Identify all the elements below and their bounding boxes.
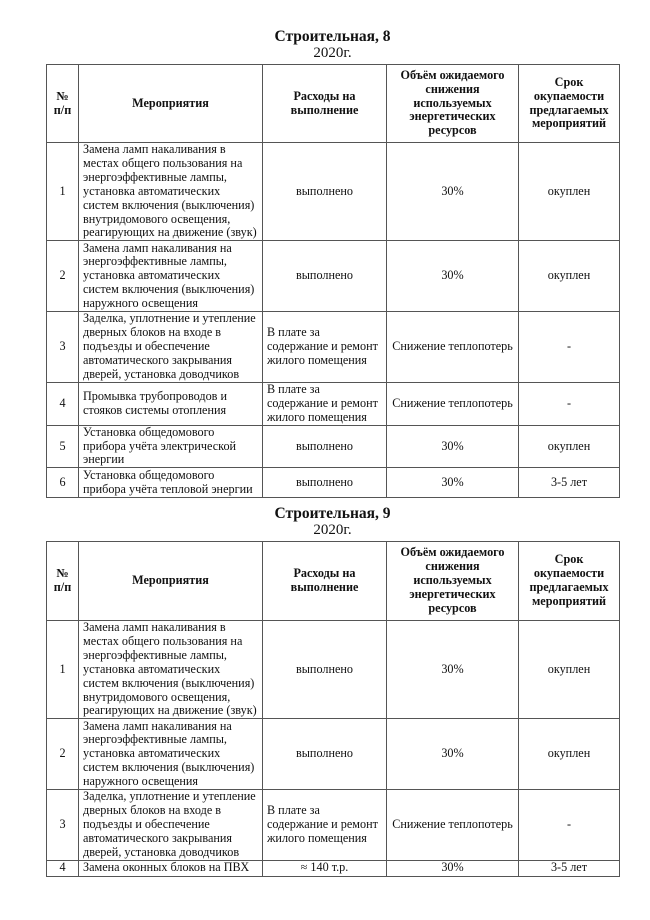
measures-table: № п/п Мероприятия Расходы на выполнение … (46, 64, 620, 498)
table-row: 4 Замена оконных блоков на ПВХ ≈ 140 т.р… (47, 860, 620, 876)
row-payback: окуплен (519, 241, 620, 312)
row-num: 6 (47, 468, 79, 498)
row-measure: Замена оконных блоков на ПВХ (79, 860, 263, 876)
row-num: 4 (47, 382, 79, 425)
header-reduction: Объём ожидаемого снижения используемых э… (387, 542, 519, 621)
table-header-row: № п/п Мероприятия Расходы на выполнение … (47, 65, 620, 143)
row-reduction: Снижение теплопотерь (387, 790, 519, 861)
table-row: 5 Установка общедомового прибора учёта э… (47, 425, 620, 468)
row-measure: Замена ламп накаливания в местах общего … (79, 621, 263, 719)
row-payback: - (519, 312, 620, 383)
row-measure: Замена ламп накаливания на энергоэффекти… (79, 241, 263, 312)
row-measure: Замена ламп накаливания в местах общего … (79, 143, 263, 241)
row-cost: выполнено (263, 425, 387, 468)
row-reduction: Снижение теплопотерь (387, 312, 519, 383)
table-row: 3 Заделка, уплотнение и утепление дверны… (47, 312, 620, 383)
row-measure: Промывка трубопроводов и стояков системы… (79, 382, 263, 425)
section-year: 2020г. (46, 523, 619, 538)
row-measure: Установка общедомового прибора учёта теп… (79, 468, 263, 498)
header-cost: Расходы на выполнение (263, 542, 387, 621)
section-title: Строительная, 9 (46, 505, 619, 523)
row-payback: 3-5 лет (519, 860, 620, 876)
row-reduction: 30% (387, 241, 519, 312)
header-num: № п/п (47, 542, 79, 621)
row-num: 2 (47, 241, 79, 312)
row-num: 3 (47, 312, 79, 383)
table-row: 1 Замена ламп накаливания в местах общег… (47, 621, 620, 719)
table-row: 2 Замена ламп накаливания на энергоэффек… (47, 719, 620, 790)
row-cost: ≈ 140 т.р. (263, 860, 387, 876)
row-num: 1 (47, 143, 79, 241)
row-payback: - (519, 790, 620, 861)
header-num: № п/п (47, 65, 79, 143)
row-payback: окуплен (519, 621, 620, 719)
row-measure: Заделка, уплотнение и утепление дверных … (79, 790, 263, 861)
table-header-row: № п/п Мероприятия Расходы на выполнение … (47, 542, 620, 621)
header-payback: Срок окупаемости предлагаемых мероприяти… (519, 542, 620, 621)
header-reduction: Объём ожидаемого снижения используемых э… (387, 65, 519, 143)
row-reduction: Снижение теплопотерь (387, 382, 519, 425)
header-measure: Мероприятия (79, 65, 263, 143)
row-payback: окуплен (519, 425, 620, 468)
row-measure: Заделка, уплотнение и утепление дверных … (79, 312, 263, 383)
row-cost: В плате за содержание и ремонт жилого по… (263, 312, 387, 383)
table-row: 2 Замена ламп накаливания на энергоэффек… (47, 241, 620, 312)
row-num: 1 (47, 621, 79, 719)
row-payback: - (519, 382, 620, 425)
measures-table: № п/п Мероприятия Расходы на выполнение … (46, 541, 620, 877)
row-num: 5 (47, 425, 79, 468)
row-cost: В плате за содержание и ремонт жилого по… (263, 382, 387, 425)
table-row: 3 Заделка, уплотнение и утепление дверны… (47, 790, 620, 861)
row-cost: выполнено (263, 241, 387, 312)
row-num: 4 (47, 860, 79, 876)
row-num: 2 (47, 719, 79, 790)
row-cost: выполнено (263, 621, 387, 719)
table-row: 6 Установка общедомового прибора учёта т… (47, 468, 620, 498)
row-reduction: 30% (387, 468, 519, 498)
row-cost: выполнено (263, 719, 387, 790)
header-measure: Мероприятия (79, 542, 263, 621)
row-reduction: 30% (387, 425, 519, 468)
table-row: 1 Замена ламп накаливания в местах общег… (47, 143, 620, 241)
row-measure: Установка общедомового прибора учёта эле… (79, 425, 263, 468)
section-stroitelnaya-9: Строительная, 9 2020г. № п/п Мероприятия… (46, 505, 619, 877)
row-cost: В плате за содержание и ремонт жилого по… (263, 790, 387, 861)
table-row: 4 Промывка трубопроводов и стояков систе… (47, 382, 620, 425)
row-cost: выполнено (263, 143, 387, 241)
row-cost: выполнено (263, 468, 387, 498)
row-payback: 3-5 лет (519, 468, 620, 498)
section-year: 2020г. (46, 46, 619, 61)
row-reduction: 30% (387, 621, 519, 719)
row-payback: окуплен (519, 719, 620, 790)
row-reduction: 30% (387, 143, 519, 241)
row-measure: Замена ламп накаливания на энергоэффекти… (79, 719, 263, 790)
header-payback: Срок окупаемости предлагаемых мероприяти… (519, 65, 620, 143)
row-reduction: 30% (387, 860, 519, 876)
row-payback: окуплен (519, 143, 620, 241)
section-title: Строительная, 8 (46, 28, 619, 46)
row-num: 3 (47, 790, 79, 861)
header-cost: Расходы на выполнение (263, 65, 387, 143)
section-stroitelnaya-8: Строительная, 8 2020г. № п/п Мероприятия… (46, 28, 619, 498)
row-reduction: 30% (387, 719, 519, 790)
